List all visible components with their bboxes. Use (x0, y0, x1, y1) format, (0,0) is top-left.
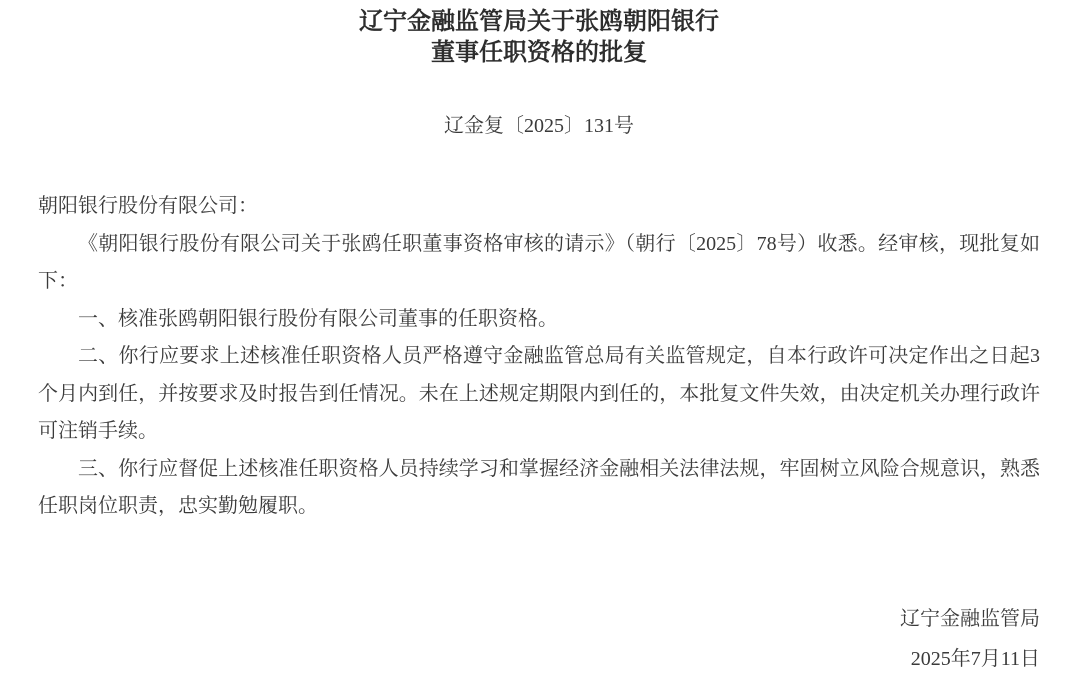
paragraph-intro: 《朝阳银行股份有限公司关于张鸥任职董事资格审核的请示》（朝行〔2025〕78号）… (38, 226, 1040, 301)
page: { "document": { "title_lines": [ "辽宁金融监管… (0, 0, 1080, 699)
document-body: 朝阳银行股份有限公司： 《朝阳银行股份有限公司关于张鸥任职董事资格审核的请示》（… (38, 188, 1040, 526)
paragraph-item-3: 三、你行应督促上述核准任职资格人员持续学习和掌握经济金融相关法律法规，牢固树立风… (38, 451, 1040, 526)
salutation: 朝阳银行股份有限公司： (38, 188, 1040, 226)
document-title: 辽宁金融监管局关于张鸥朝阳银行 董事任职资格的批复 (38, 6, 1040, 68)
issue-date: 2025年7月11日 (38, 639, 1040, 679)
document-title-line-1: 辽宁金融监管局关于张鸥朝阳银行 (38, 6, 1040, 37)
issuing-authority: 辽宁金融监管局 (38, 599, 1040, 639)
document-number: 辽金复〔2025〕131号 (38, 112, 1040, 140)
signature-block: 辽宁金融监管局 2025年7月11日 (38, 599, 1040, 679)
official-document: 辽宁金融监管局关于张鸥朝阳银行 董事任职资格的批复 辽金复〔2025〕131号 … (0, 0, 1080, 699)
paragraph-item-2: 二、你行应要求上述核准任职资格人员严格遵守金融监管总局有关监管规定，自本行政许可… (38, 338, 1040, 451)
document-title-line-2: 董事任职资格的批复 (38, 37, 1040, 68)
paragraph-item-1: 一、核准张鸥朝阳银行股份有限公司董事的任职资格。 (38, 301, 1040, 339)
